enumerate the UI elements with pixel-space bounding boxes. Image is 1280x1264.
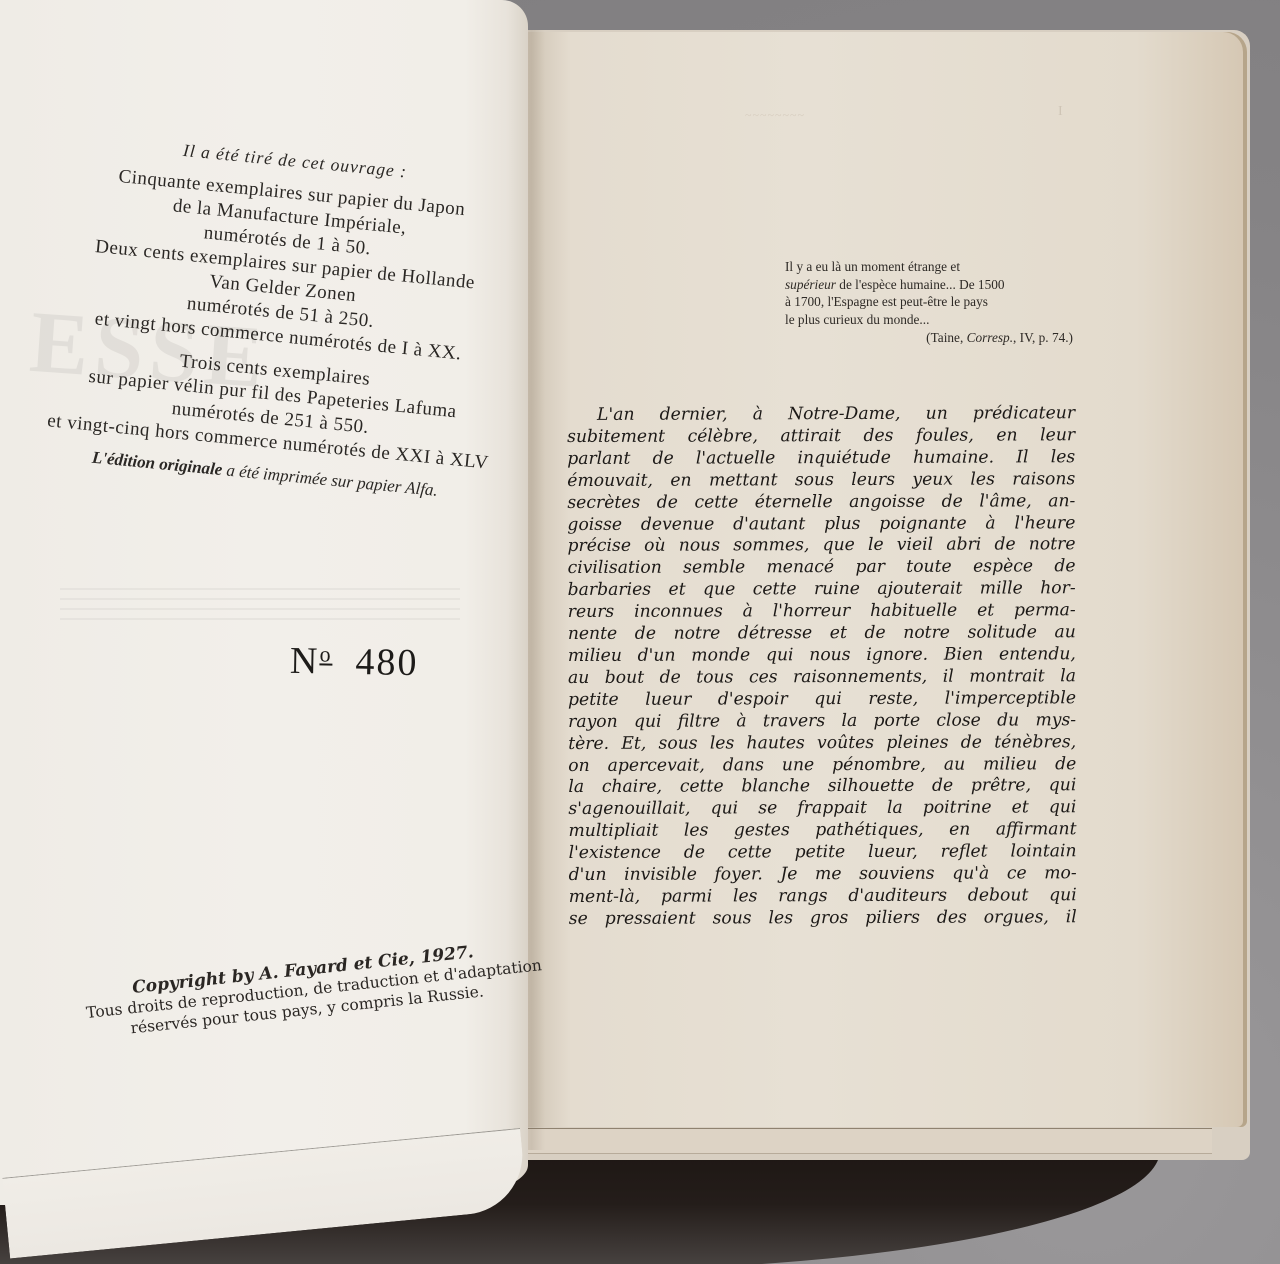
copy-number: No 480 (290, 639, 419, 685)
number-value: 480 (355, 641, 419, 684)
body-line: tère. Et, sous les hautes voûtes pleines… (568, 732, 1076, 756)
body-line: multipliait les gestes pathétiques, en a… (568, 819, 1076, 843)
folio-show-through: I (1058, 104, 1063, 120)
running-head-show-through: ~~~~~~~~ (745, 108, 805, 123)
source-suffix: , IV, p. 74.) (1013, 330, 1073, 345)
body-line: ment-là, parmi les rangs d'auditeurs deb… (569, 885, 1077, 909)
body-line: subitement célèbre, attirait des foules,… (567, 425, 1075, 449)
body-line: se pressaient sous les gros piliers des … (569, 907, 1077, 931)
number-prefix: N (290, 640, 320, 683)
body-line: milieu d'un monde qui nous ignore. Bien … (568, 644, 1076, 668)
body-line: s'agenouillait, qui se frappait la poitr… (568, 798, 1076, 822)
body-line: d'un invisible foyer. Je me souviens qu'… (569, 863, 1077, 887)
number-superscript: o (319, 641, 332, 666)
body-line: parlant de l'actuelle inquiétude humaine… (567, 447, 1075, 471)
body-line: on apercevait, dans une pénombre, au mil… (568, 754, 1076, 778)
body-text: L'an dernier, à Notre-Dame, un prédicate… (567, 403, 1077, 931)
body-line: au bout de tous ces raisonnements, il mo… (568, 666, 1076, 690)
body-line: secrètes de cette éternelle angoisse de … (567, 491, 1075, 515)
body-line: émouvait, en mettant sous leurs yeux les… (567, 469, 1075, 493)
body-line: précise où nous sommes, que le vieil abr… (567, 535, 1075, 559)
body-line: civilisation semble menacé par toute esp… (568, 557, 1076, 581)
body-line: l'existence de cette petite lueur, refle… (569, 841, 1077, 865)
body-line: la chaire, cette blanche silhouette de p… (568, 776, 1076, 800)
source-prefix: (Taine, (926, 330, 966, 345)
epigraph-line: à 1700, l'Espagne est peut-être le pays (785, 293, 1075, 311)
epigraph: Il y a eu là un moment étrange et supéri… (785, 258, 1075, 328)
body-line: nente de notre détresse et de notre soli… (568, 622, 1076, 646)
body-line: goisse devenue d'autant plus poignante à… (567, 513, 1075, 537)
body-line: barbaries et que cette ruine ajouterait … (568, 578, 1076, 602)
source-title: Corresp. (967, 330, 1013, 345)
epigraph-line: Il y a eu là un moment étrange et (785, 258, 1075, 276)
limitation-notice: Il a été tiré de cet ouvrage : Cinquante… (25, 128, 535, 507)
body-line: reurs inconnues à l'horreur habituelle e… (568, 600, 1076, 624)
epigraph-line: le plus curieux du monde... (785, 311, 1075, 329)
body-line: L'an dernier, à Notre-Dame, un prédicate… (567, 403, 1075, 427)
body-line: rayon qui filtre à travers la porte clos… (568, 710, 1076, 734)
right-page-foot-edge (512, 1128, 1212, 1154)
epigraph-source: (Taine, Corresp., IV, p. 74.) (858, 330, 1073, 346)
epigraph-italic-word: supérieur (785, 277, 836, 292)
body-line: petite lueur d'espoir qui reste, l'imper… (568, 688, 1076, 712)
epigraph-line: supérieur de l'espèce humaine... De 1500 (785, 276, 1075, 294)
epigraph-line-rest: de l'espèce humaine... De 1500 (836, 277, 1005, 292)
show-through-lines (60, 580, 460, 628)
